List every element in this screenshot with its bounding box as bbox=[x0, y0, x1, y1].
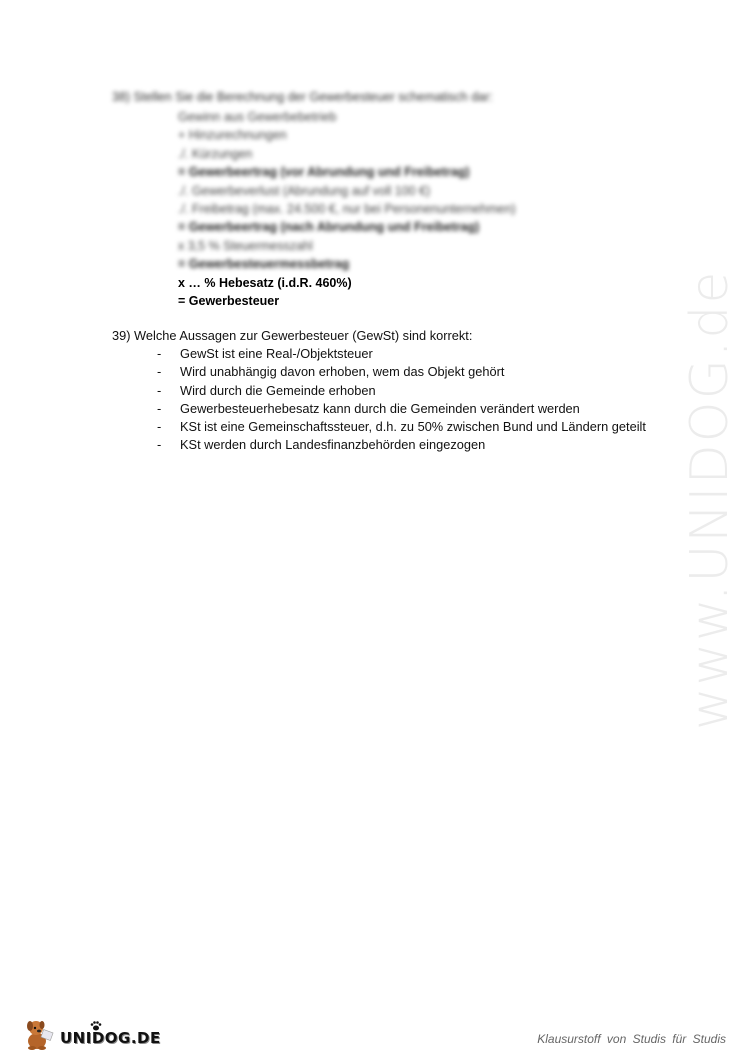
bullet-dash: - bbox=[157, 418, 161, 436]
footer-tagline: Klausurstoff von Studis für Studis bbox=[537, 1032, 726, 1046]
answer-list: -GewSt ist eine Real-/Objektsteuer -Wird… bbox=[112, 345, 646, 455]
document-page: www.UNIDOG.de 38) Stellen Sie die Berech… bbox=[0, 0, 750, 1060]
list-item: -Wird unabhängig davon erhoben, wem das … bbox=[112, 363, 646, 381]
scheme-line: = Gewerbeertrag (nach Abrundung und Frei… bbox=[178, 218, 516, 236]
scheme-line-hebesatz: x … % Hebesatz (i.d.R. 460%) bbox=[178, 274, 516, 292]
scheme-line: ./. Gewerbeverlust (Abrundung auf voll 1… bbox=[178, 182, 516, 200]
scheme-line: = Gewerbesteuermessbetrag bbox=[178, 255, 516, 273]
list-item-text: KSt werden durch Landesfinanzbehörden ei… bbox=[180, 437, 485, 452]
bullet-dash: - bbox=[157, 400, 161, 418]
scheme-line: x 3,5 % Steuermesszahl bbox=[178, 237, 516, 255]
question-38-title: 38) Stellen Sie die Berechnung der Gewer… bbox=[112, 90, 493, 104]
paw-icon bbox=[90, 1017, 102, 1027]
scheme-line-result: = Gewerbesteuer bbox=[178, 292, 516, 310]
bullet-dash: - bbox=[157, 436, 161, 454]
tax-calculation-scheme: Gewinn aus Gewerbebetrieb + Hinzurechnun… bbox=[178, 108, 516, 310]
unidog-logo: UNIDOG.DE bbox=[22, 1015, 161, 1051]
watermark: www.UNIDOG.de bbox=[680, 270, 740, 730]
question-39-title: 39) Welche Aussagen zur Gewerbesteuer (G… bbox=[112, 326, 646, 345]
scheme-line: = Gewerbeertrag (vor Abrundung und Freib… bbox=[178, 163, 516, 181]
list-item-text: Wird durch die Gemeinde erhoben bbox=[180, 383, 376, 398]
list-item-text: GewSt ist eine Real-/Objektsteuer bbox=[180, 346, 373, 361]
scheme-line: + Hinzurechnungen bbox=[178, 126, 516, 144]
bullet-dash: - bbox=[157, 382, 161, 400]
list-item-text: Gewerbesteuerhebesatz kann durch die Gem… bbox=[180, 401, 580, 416]
dog-mascot-icon bbox=[22, 1017, 56, 1051]
scheme-line: Gewinn aus Gewerbebetrieb bbox=[178, 108, 516, 126]
list-item: -KSt werden durch Landesfinanzbehörden e… bbox=[112, 436, 646, 454]
question-39: 39) Welche Aussagen zur Gewerbesteuer (G… bbox=[112, 326, 646, 455]
list-item-text: Wird unabhängig davon erhoben, wem das O… bbox=[180, 364, 504, 379]
logo-text: UNIDOG.DE bbox=[60, 1029, 161, 1047]
list-item-text: KSt ist eine Gemeinschaftssteuer, d.h. z… bbox=[180, 419, 646, 434]
list-item: -KSt ist eine Gemeinschaftssteuer, d.h. … bbox=[112, 418, 646, 436]
list-item: -GewSt ist eine Real-/Objektsteuer bbox=[112, 345, 646, 363]
bullet-dash: - bbox=[157, 363, 161, 381]
bullet-dash: - bbox=[157, 345, 161, 363]
scheme-line: ./. Kürzungen bbox=[178, 145, 516, 163]
list-item: -Gewerbesteuerhebesatz kann durch die Ge… bbox=[112, 400, 646, 418]
scheme-line: ./. Freibetrag (max. 24.500 €, nur bei P… bbox=[178, 200, 516, 218]
logo-label: UNIDOG.DE bbox=[60, 1029, 161, 1047]
list-item: -Wird durch die Gemeinde erhoben bbox=[112, 382, 646, 400]
